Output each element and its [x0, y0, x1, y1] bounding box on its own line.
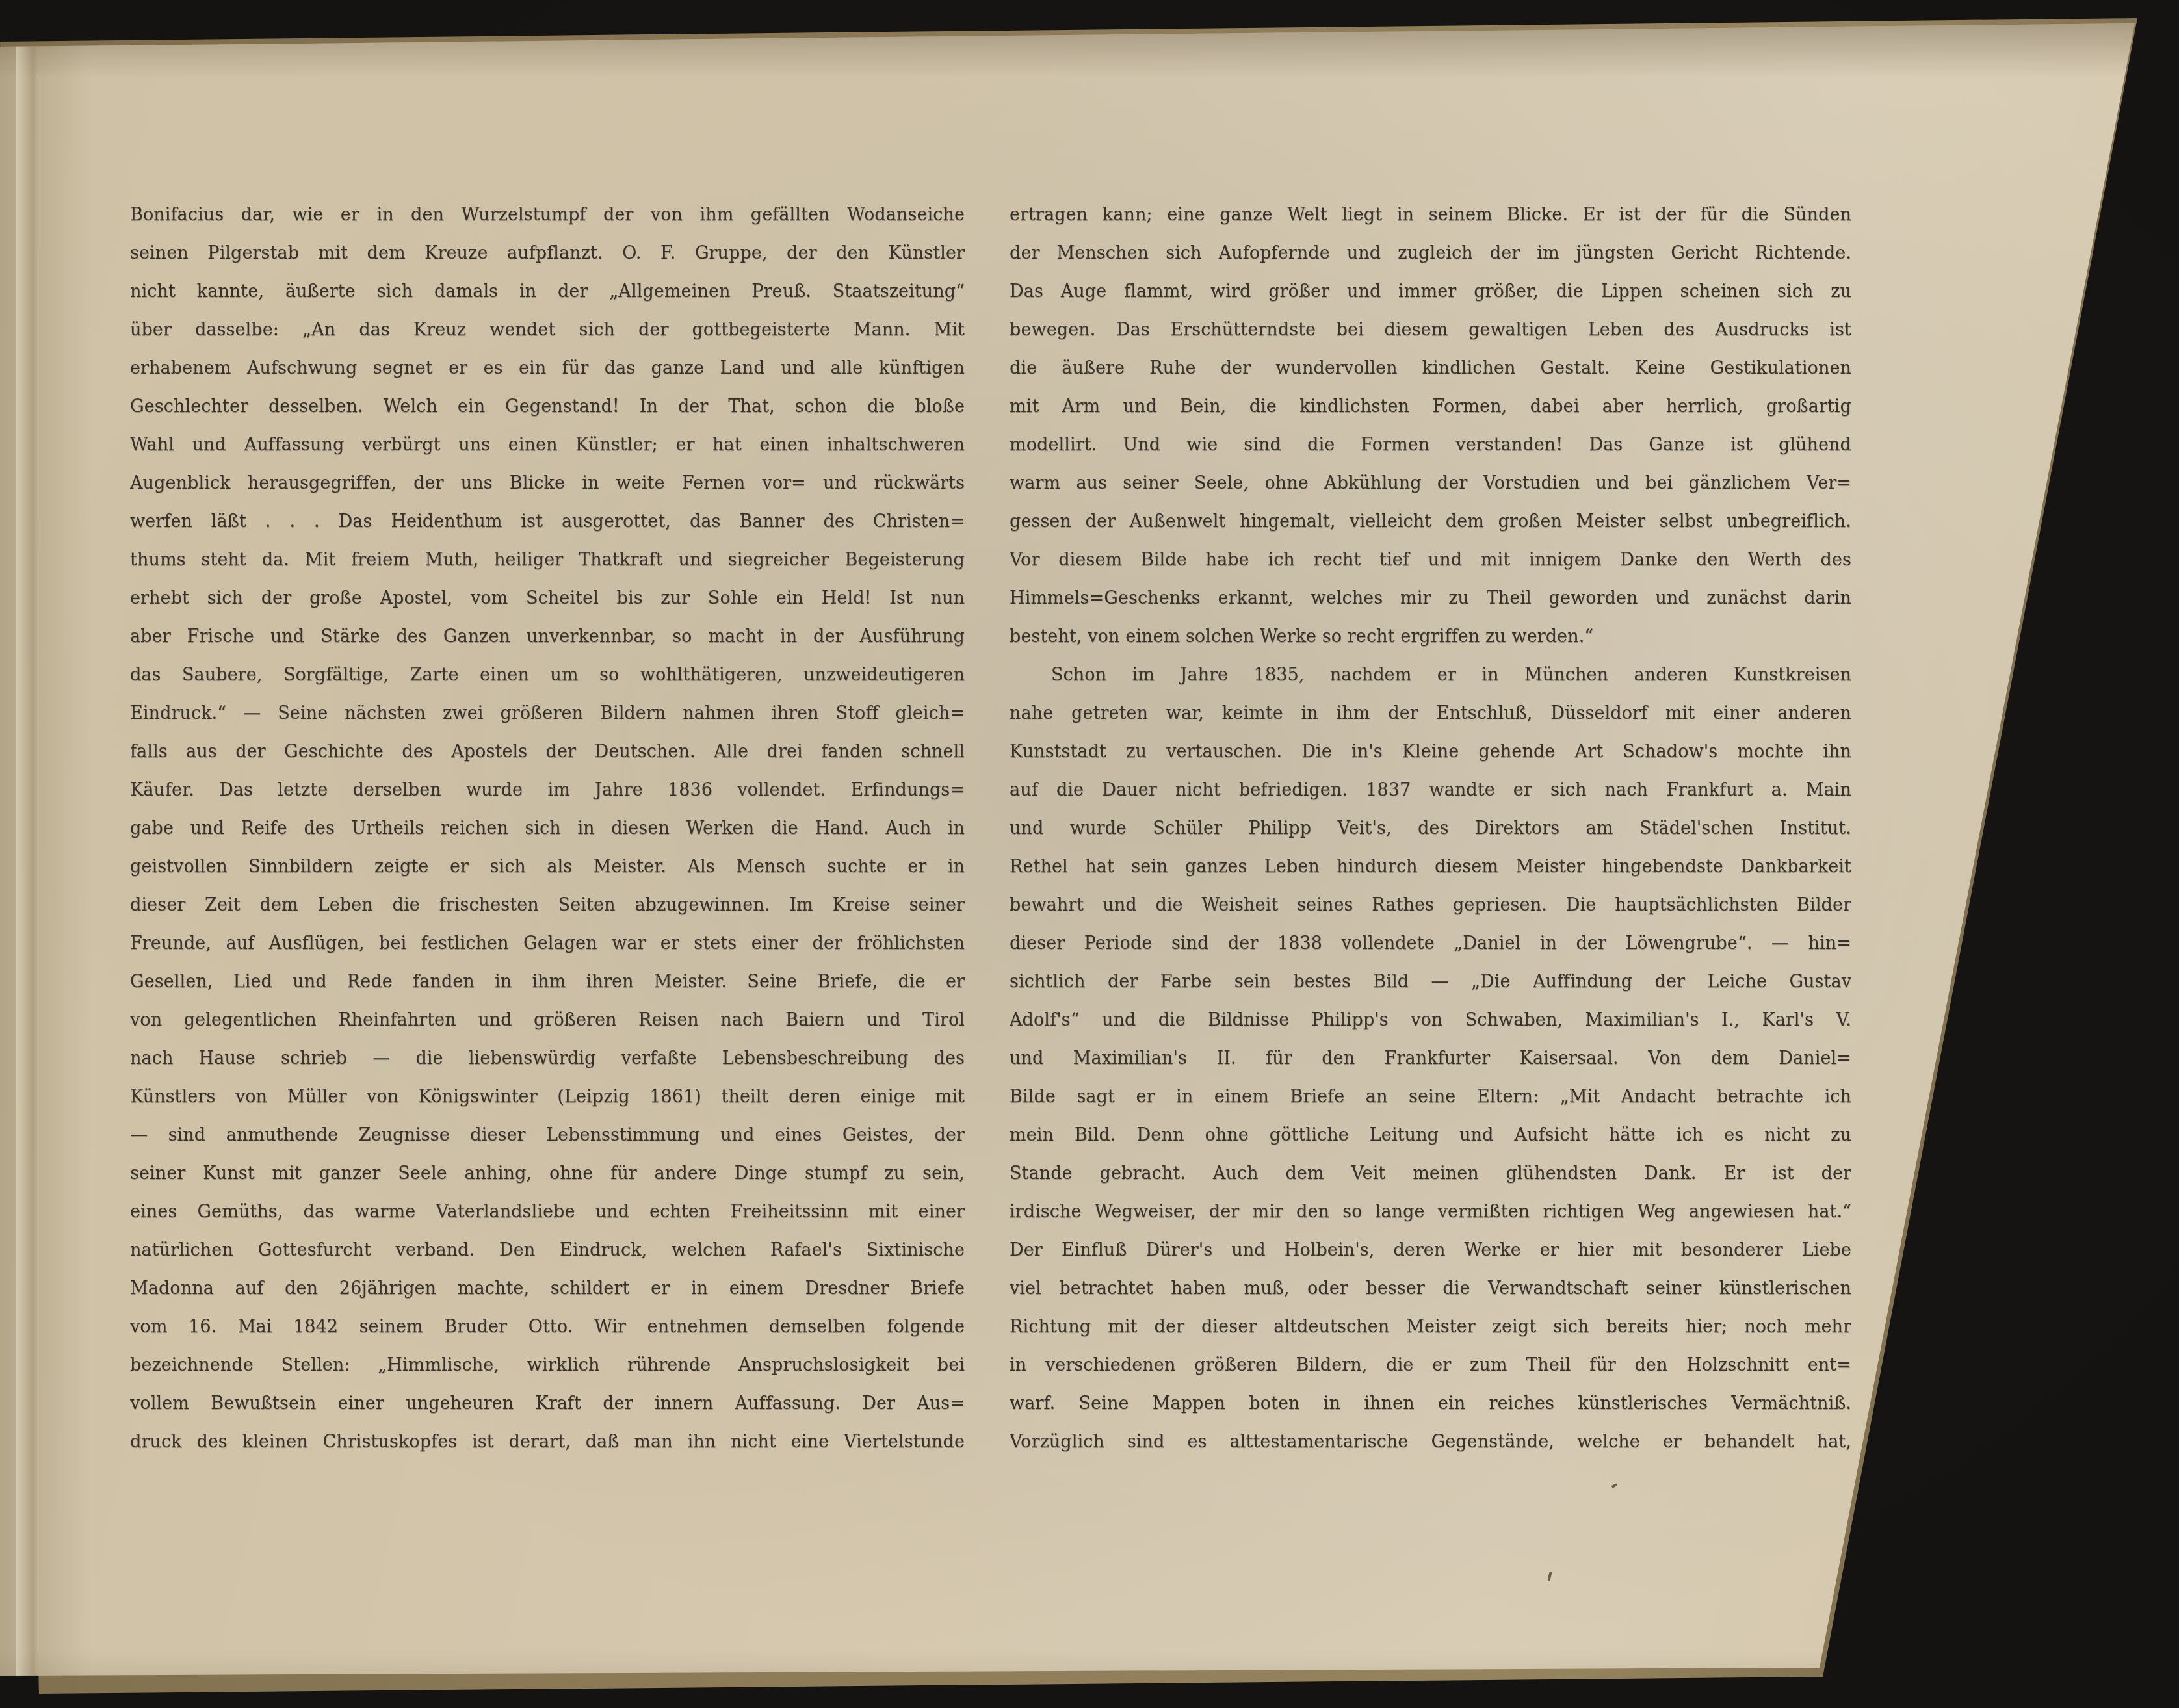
text-line: und Maximilian's II. für den Frankfurter… [1010, 1039, 1851, 1078]
text-line: thums steht da. Mit freiem Muth, heilige… [130, 541, 965, 579]
text-line: natürlichen Gottesfurcht verband. Den Ei… [130, 1231, 965, 1269]
gutter-page-edges [16, 0, 38, 1708]
text-line: Adolf's“ und die Bildnisse Philipp's von… [1010, 1001, 1851, 1039]
text-line: sichtlich der Farbe sein bestes Bild — „… [1010, 963, 1851, 1001]
text-line: vollem Bewußtsein einer ungeheuren Kraft… [130, 1384, 965, 1423]
text-line: werfen läßt . . . Das Heidenthum ist aus… [130, 502, 965, 541]
text-line: viel betrachtet haben muß, oder besser d… [1010, 1269, 1851, 1308]
text-line: erhebt sich der große Apostel, vom Schei… [130, 579, 965, 617]
text-line: Rethel hat sein ganzes Leben hindurch di… [1010, 848, 1851, 886]
text-line: gessen der Außenwelt hingemalt, vielleic… [1010, 502, 1851, 541]
text-line: falls aus der Geschichte des Apostels de… [130, 732, 965, 771]
text-line: der Menschen sich Aufopfernde und zuglei… [1010, 234, 1851, 272]
text-line: dieser Zeit dem Leben die frischesten Se… [130, 886, 965, 924]
text-line: Bonifacius dar, wie er in den Wurzelstum… [130, 196, 965, 234]
text-line: Vorzüglich sind es alttestamentarische G… [1010, 1423, 1851, 1461]
ink-speck [1547, 1572, 1552, 1582]
text-line: gabe und Reife des Urtheils reichen sich… [130, 809, 965, 848]
text-line: und wurde Schüler Philipp Veit's, des Di… [1010, 809, 1851, 848]
text-line: seinen Pilgerstab mit dem Kreuze aufpfla… [130, 234, 965, 272]
text-line: mit Arm und Bein, die kindlichsten Forme… [1010, 387, 1851, 426]
text-line: mein Bild. Denn ohne göttliche Leitung u… [1010, 1116, 1851, 1154]
text-line: warf. Seine Mappen boten in ihnen ein re… [1010, 1384, 1851, 1423]
text-line: nahe getreten war, keimte in ihm der Ent… [1010, 694, 1851, 732]
text-line: Der Einfluß Dürer's und Holbein's, deren… [1010, 1231, 1851, 1269]
text-column-left: Bonifacius dar, wie er in den Wurzelstum… [130, 196, 965, 1461]
text-line: besteht, von einem solchen Werke so rech… [1010, 617, 1851, 656]
text-line: geistvollen Sinnbildern zeigte er sich a… [130, 848, 965, 886]
text-line: dieser Periode sind der 1838 vollendete … [1010, 924, 1851, 963]
text-line: Richtung mit der dieser altdeutschen Mei… [1010, 1308, 1851, 1346]
text-line: Augenblick herausgegriffen, der uns Blic… [130, 464, 965, 502]
text-line: bewahrt und die Weisheit seines Rathes g… [1010, 886, 1851, 924]
photo-background: Bonifacius dar, wie er in den Wurzelstum… [0, 0, 2179, 1708]
text-line: bewegen. Das Erschütterndste bei diesem … [1010, 311, 1851, 349]
text-line: auf die Dauer nicht befriedigen. 1837 wa… [1010, 771, 1851, 809]
text-line: aber Frische und Stärke des Ganzen unver… [130, 617, 965, 656]
text-line: nicht kannte, äußerte sich damals in der… [130, 272, 965, 311]
text-line: Freunde, auf Ausflügen, bei festlichen G… [130, 924, 965, 963]
text-line: eines Gemüths, das warme Vaterlandsliebe… [130, 1193, 965, 1231]
text-line: erhabenem Aufschwung segnet er es ein fü… [130, 349, 965, 387]
text-line: über dasselbe: „An das Kreuz wendet sich… [130, 311, 965, 349]
text-line: Das Auge flammt, wird größer und immer g… [1010, 272, 1851, 311]
text-line: Schon im Jahre 1835, nachdem er in Münch… [1010, 656, 1851, 694]
text-line: modellirt. Und wie sind die Formen verst… [1010, 426, 1851, 464]
text-line: nach Hause schrieb — die liebenswürdig v… [130, 1039, 965, 1078]
text-line: Stande gebracht. Auch dem Veit meinen gl… [1010, 1154, 1851, 1193]
text-line: warm aus seiner Seele, ohne Abkühlung de… [1010, 464, 1851, 502]
text-line: von gelegentlichen Rheinfahrten und größ… [130, 1001, 965, 1039]
text-line: Madonna auf den 26jährigen machte, schil… [130, 1269, 965, 1308]
text-line: Gesellen, Lied und Rede fanden in ihm ih… [130, 963, 965, 1001]
text-line: in verschiedenen größeren Bildern, die e… [1010, 1346, 1851, 1384]
text-line: irdische Wegweiser, der mir den so lange… [1010, 1193, 1851, 1231]
text-line: die äußere Ruhe der wundervollen kindlic… [1010, 349, 1851, 387]
text-line: Künstlers von Müller von Königswinter (L… [130, 1078, 965, 1116]
text-line: Eindruck.“ — Seine nächsten zwei größere… [130, 694, 965, 732]
text-line: Bilde sagt er in einem Briefe an seine E… [1010, 1078, 1851, 1116]
ink-speck [1611, 1483, 1618, 1488]
text-line: Geschlechter desselben. Welch ein Gegens… [130, 387, 965, 426]
text-line: seiner Kunst mit ganzer Seele anhing, oh… [130, 1154, 965, 1193]
text-line: — sind anmuthende Zeugnisse dieser Leben… [130, 1116, 965, 1154]
text-line: Himmels=Geschenks erkannt, welches mir z… [1010, 579, 1851, 617]
text-line: Kunststadt zu vertauschen. Die in's Klei… [1010, 732, 1851, 771]
text-line: druck des kleinen Christuskopfes ist der… [130, 1423, 965, 1461]
text-line: Käufer. Das letzte derselben wurde im Ja… [130, 771, 965, 809]
text-line: Wahl und Auffassung verbürgt uns einen K… [130, 426, 965, 464]
text-line: ertragen kann; eine ganze Welt liegt in … [1010, 196, 1851, 234]
text-line: vom 16. Mai 1842 seinem Bruder Otto. Wir… [130, 1308, 965, 1346]
text-line: Vor diesem Bilde habe ich recht tief und… [1010, 541, 1851, 579]
text-column-right: ertragen kann; eine ganze Welt liegt in … [1010, 196, 1851, 1461]
book-page: Bonifacius dar, wie er in den Wurzelstum… [0, 0, 2179, 1708]
text-line: bezeichnende Stellen: „Himmlische, wirkl… [130, 1346, 965, 1384]
text-line: das Saubere, Sorgfältige, Zarte einen um… [130, 656, 965, 694]
